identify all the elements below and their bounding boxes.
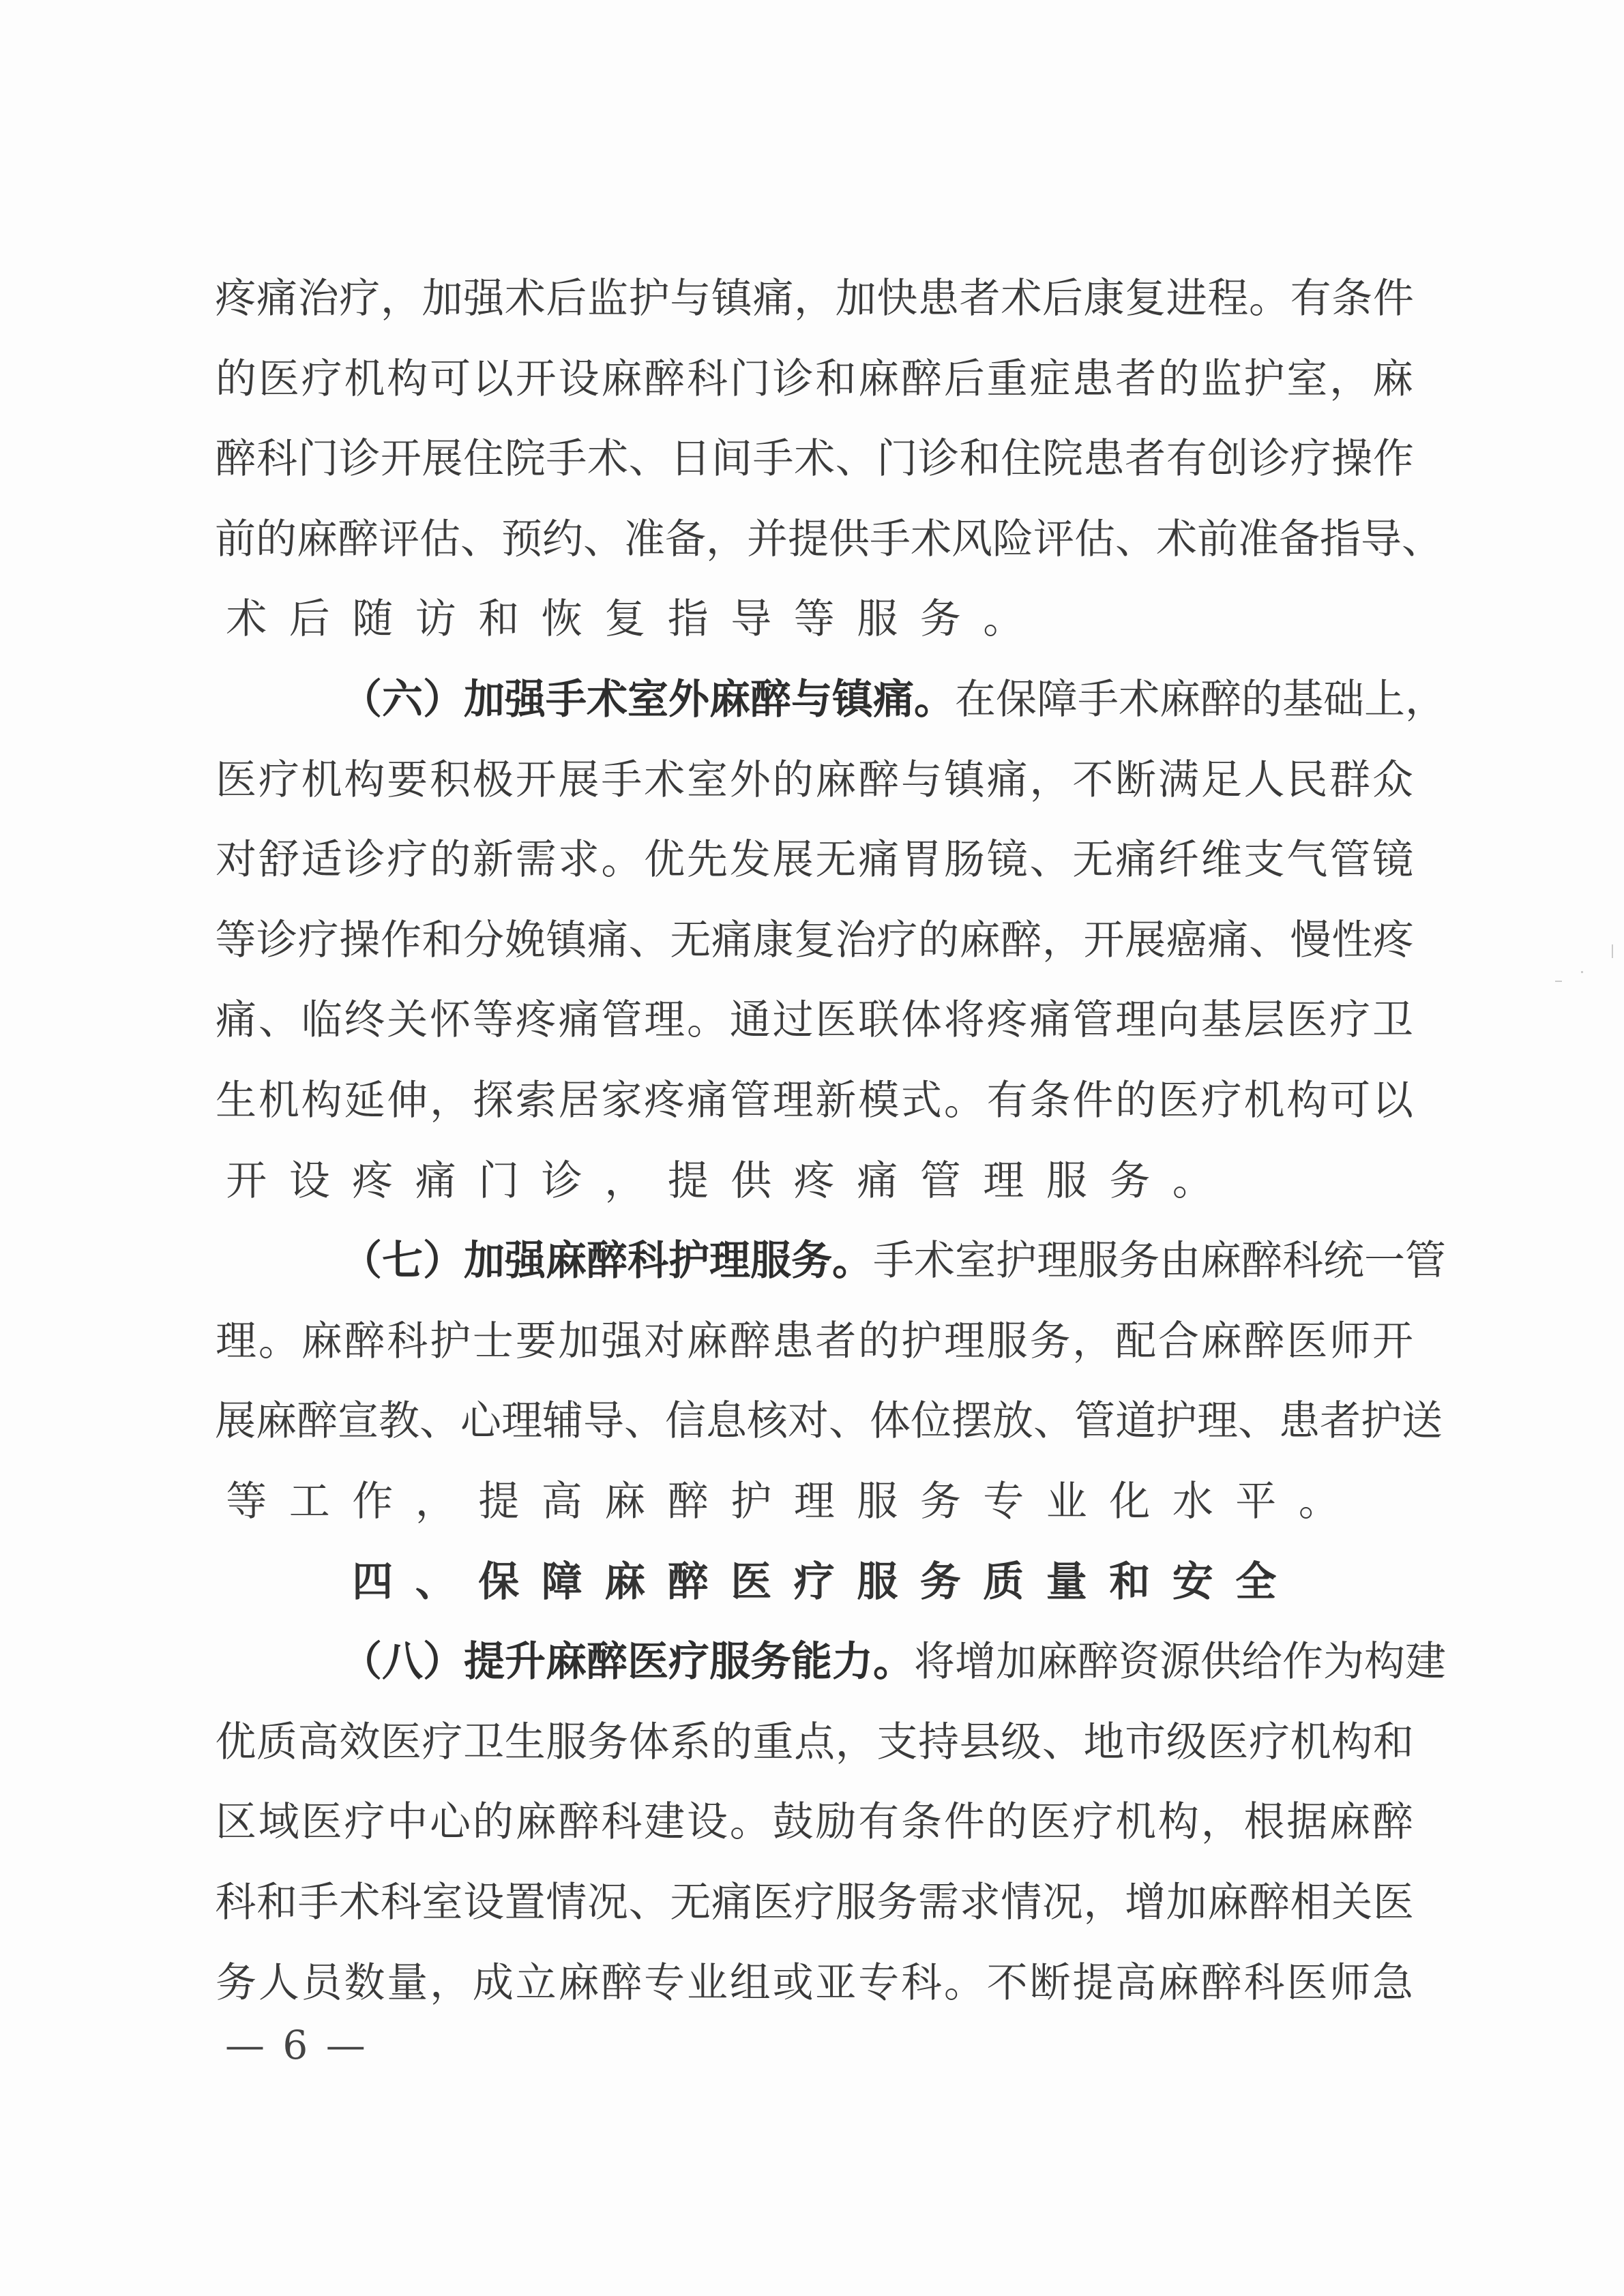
text-line: （八）提升麻醉医疗服务能力。将增加麻醉资源供给作为构建	[341, 1638, 1414, 1686]
text-line: 前的麻醉评估、预约、准备，并提供手术风险评估、术前准备指导、	[215, 516, 1414, 563]
text-line: 等诊疗操作和分娩镇痛、无痛康复治疗的麻醉，开展癌痛、慢性疼	[215, 916, 1414, 964]
text-line: 展麻醉宣教、心理辅导、信息核对、体位摆放、管道护理、患者护送	[215, 1397, 1414, 1445]
text-line: 理。麻醉科护士要加强对麻醉患者的护理服务，配合麻醉医师开	[215, 1317, 1414, 1365]
text-line: 术后随访和恢复指导等服务。	[215, 595, 1414, 643]
scan-artifact	[1555, 981, 1562, 982]
text-line: 医疗机构要积极开展手术室外的麻醉与镇痛，不断满足人民群众	[215, 756, 1414, 804]
text-line: （七）加强麻醉科护理服务。手术室护理服务由麻醉科统一管	[341, 1237, 1414, 1285]
text-line: 科和手术科室设置情况、无痛医疗服务需求情况，增加麻醉相关医	[215, 1879, 1414, 1926]
text-line: 的医疗机构可以开设麻醉科门诊和麻醉后重症患者的监护室，麻	[215, 355, 1414, 403]
text-line: 生机构延伸，探索居家疼痛管理新模式。有条件的医疗机构可以	[215, 1077, 1414, 1124]
scan-artifact	[1581, 971, 1583, 973]
text-line: （六）加强手术室外麻醉与镇痛。在保障手术麻醉的基础上，	[341, 676, 1414, 724]
text-line: 开设疼痛门诊，提供疼痛管理服务。	[215, 1157, 1414, 1205]
text-line: 务人员数量，成立麻醉专业组或亚专科。不断提高麻醉科医师急	[215, 1959, 1414, 2007]
text-line: 疼痛治疗，加强术后监护与镇痛，加快患者术后康复进程。有条件	[215, 275, 1414, 323]
section-heading: 四、保障麻醉医疗服务质量和安全	[341, 1558, 1414, 1606]
scan-artifact	[1612, 944, 1613, 958]
page-number: — 6 —	[225, 2022, 368, 2068]
text-line: 优质高效医疗卫生服务体系的重点，支持县级、地市级医疗机构和	[215, 1718, 1414, 1766]
document-page: 疼痛治疗，加强术后监护与镇痛，加快患者术后康复进程。有条件的医疗机构可以开设麻醉…	[0, 0, 1624, 2296]
text-line: 等工作，提高麻醉护理服务专业化水平。	[215, 1478, 1414, 1525]
text-line: 区域医疗中心的麻醉科建设。鼓励有条件的医疗机构，根据麻醉	[215, 1798, 1414, 1846]
text-line: 痛、临终关怀等疼痛管理。通过医联体将疼痛管理向基层医疗卫	[215, 996, 1414, 1044]
text-line: 对舒适诊疗的新需求。优先发展无痛胃肠镜、无痛纤维支气管镜	[215, 836, 1414, 884]
text-line: 醉科门诊开展住院手术、日间手术、门诊和住院患者有创诊疗操作	[215, 435, 1414, 483]
